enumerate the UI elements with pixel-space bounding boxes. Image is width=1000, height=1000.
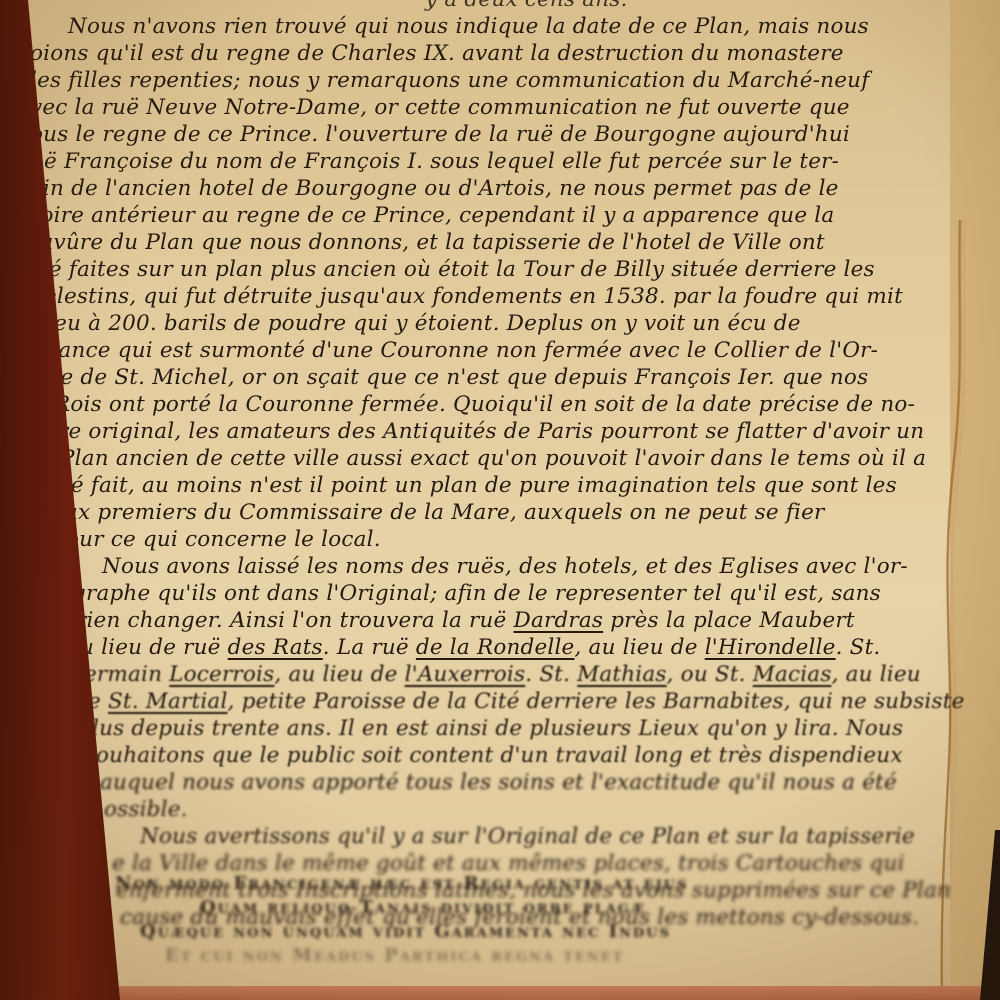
text-line: Nous n'avons rien trouvé qui nous indiqu… — [30, 13, 945, 40]
text-line: rance qui est surmonté d'une Couronne no… — [30, 337, 945, 364]
line-text: lus depuis trente ans. Il en est ainsi d… — [92, 716, 903, 741]
text-line: our ce qui concerne le local. — [30, 526, 945, 553]
text-line: Nous avons laissé les noms des ruës, des… — [30, 553, 945, 580]
text-line: té faites sur un plan plus ancien où éto… — [30, 256, 945, 283]
line-text: ux premiers du Commissaire de la Mare, a… — [64, 500, 824, 525]
latin-line: Non modo Francigenæ hæc est Regia gentis… — [115, 872, 895, 896]
line-text: les filles repenties; nous y remarquons … — [30, 68, 869, 93]
line-text: Nous avons laissé les noms des ruës, des… — [102, 554, 908, 579]
text-line-underlined-names: u lieu de ruë des Rats. La ruë de la Ron… — [30, 634, 945, 661]
text-line: elestins, qui fut détruite jusqu'aux fon… — [30, 283, 945, 310]
text-line-underlined-names: ermain Locerrois, au lieu de l'Auxerrois… — [30, 661, 945, 688]
line-text: ermain Locerrois, au lieu de l'Auxerrois… — [84, 662, 921, 687]
line-text: roire antérieur au regne de ce Prince, c… — [30, 203, 834, 228]
text-line: les filles repenties; nous y remarquons … — [30, 67, 945, 94]
line-text: Nous n'avons rien trouvé qui nous indiqu… — [68, 14, 869, 39]
line-text: Rois ont porté la Couronne fermée. Quoiq… — [54, 392, 915, 417]
text-line: auquel nous avons apporté tous les soins… — [30, 769, 945, 796]
latin-line: Et cui non Meadus Parthica regna tenet — [115, 944, 895, 968]
text-line: ossible. — [30, 796, 945, 823]
line-text: té faites sur un plan plus ancien où éto… — [40, 257, 875, 282]
latin-line: Quam reliquo Tanais dividit orbe plagæ — [115, 896, 895, 920]
line-text: ouhaitons que le public soit content d'u… — [96, 743, 903, 768]
latin-line: Quæque non unquam vidit Garamenta nec In… — [115, 920, 895, 944]
line-text: ravûre du Plan que nous donnons, et la t… — [30, 230, 825, 255]
line-text: elestins, qui fut détruite jusqu'aux fon… — [44, 284, 903, 309]
line-text: feu à 200. barils de poudre qui y étoien… — [46, 311, 801, 336]
text-line: vec la ruë Neuve Notre-Dame, or cette co… — [30, 94, 945, 121]
line-text: ous le regne de ce Prince. l'ouverture d… — [30, 122, 850, 147]
line-text: uë Françoise du nom de François I. sous … — [30, 149, 839, 174]
line-text: u lieu de ruë des Rats. La ruë de la Ron… — [80, 635, 880, 660]
latin-text: Quæque non unquam vidit Garamenta nec In… — [140, 921, 671, 942]
text-line: uë Françoise du nom de François I. sous … — [30, 148, 945, 175]
text-line-underlined-names: e St. Martial, petite Paroisse de la Cit… — [30, 688, 945, 715]
line-text: re de St. Michel, or on sçait que ce n'e… — [50, 365, 868, 390]
line-text: our ce qui concerne le local. — [66, 527, 381, 552]
line-text: rien changer. Ainsi l'on trouvera la ruë… — [76, 608, 855, 633]
text-line: graphe qu'ils ont dans l'Original; afin … — [30, 580, 945, 607]
top-fragment-line: y a deux cens ans. — [30, 0, 945, 13]
line-text: re original, les amateurs des Antiquités… — [58, 419, 924, 444]
text-line: Rois ont porté la Couronne fermée. Quoiq… — [30, 391, 945, 418]
text-line: Nous avertissons qu'il y a sur l'Origina… — [30, 823, 945, 850]
text-line: re de St. Michel, or on sçait que ce n'e… — [30, 364, 945, 391]
french-text-body: y a deux cens ans. Nous n'avons rien tro… — [30, 0, 945, 931]
text-line: Plan ancien de cette ville aussi exact q… — [30, 445, 945, 472]
picture-frame-right-edge — [980, 830, 1000, 1000]
text-line: ous le regne de ce Prince. l'ouverture d… — [30, 121, 945, 148]
line-text: vec la ruë Neuve Notre-Dame, or cette co… — [30, 95, 850, 120]
text-line: ouhaitons que le public soit content d'u… — [30, 742, 945, 769]
line-text: ossible. — [104, 797, 188, 822]
line-text: oions qu'il est du regne de Charles IX. … — [30, 41, 844, 66]
latin-inscription: Non modo Francigenæ hæc est Regia gentis… — [115, 872, 895, 968]
line-text: Plan ancien de cette ville aussi exact q… — [60, 446, 926, 471]
line-text: graphe qu'ils ont dans l'Original; afin … — [72, 581, 881, 606]
line-text: rance qui est surmonté d'une Couronne no… — [48, 338, 878, 363]
text-line: oions qu'il est du regne de Charles IX. … — [30, 40, 945, 67]
text-line: té fait, au moins n'est il point un plan… — [30, 472, 945, 499]
text-line: re original, les amateurs des Antiquités… — [30, 418, 945, 445]
text-line: feu à 200. barils de poudre qui y étoien… — [30, 310, 945, 337]
text-line: roire antérieur au regne de ce Prince, c… — [30, 202, 945, 229]
text-line: ravûre du Plan que nous donnons, et la t… — [30, 229, 945, 256]
picture-frame-bottom — [0, 986, 1000, 1000]
latin-text: Non modo Francigenæ hæc est Regia gentis… — [115, 873, 688, 894]
document-photo: y a deux cens ans. Nous n'avons rien tro… — [0, 0, 1000, 1000]
line-text: e St. Martial, petite Paroisse de la Cit… — [88, 689, 965, 714]
text-line: ein de l'ancien hotel de Bourgogne ou d'… — [30, 175, 945, 202]
text-line: rien changer. Ainsi l'on trouvera la ruë… — [30, 607, 945, 634]
line-text: té fait, au moins n'est il point un plan… — [62, 473, 897, 498]
latin-text: Quam reliquo Tanais dividit orbe plagæ — [200, 897, 646, 918]
line-text: auquel nous avons apporté tous les soins… — [100, 770, 897, 795]
text-line: lus depuis trente ans. Il en est ainsi d… — [30, 715, 945, 742]
text-line: ux premiers du Commissaire de la Mare, a… — [30, 499, 945, 526]
line-text: Nous avertissons qu'il y a sur l'Origina… — [140, 824, 915, 849]
text-fragment: y a deux cens ans. — [425, 0, 628, 12]
latin-text: Et cui non Meadus Parthica regna tenet — [165, 945, 624, 966]
line-text: ein de l'ancien hotel de Bourgogne ou d'… — [30, 176, 839, 201]
